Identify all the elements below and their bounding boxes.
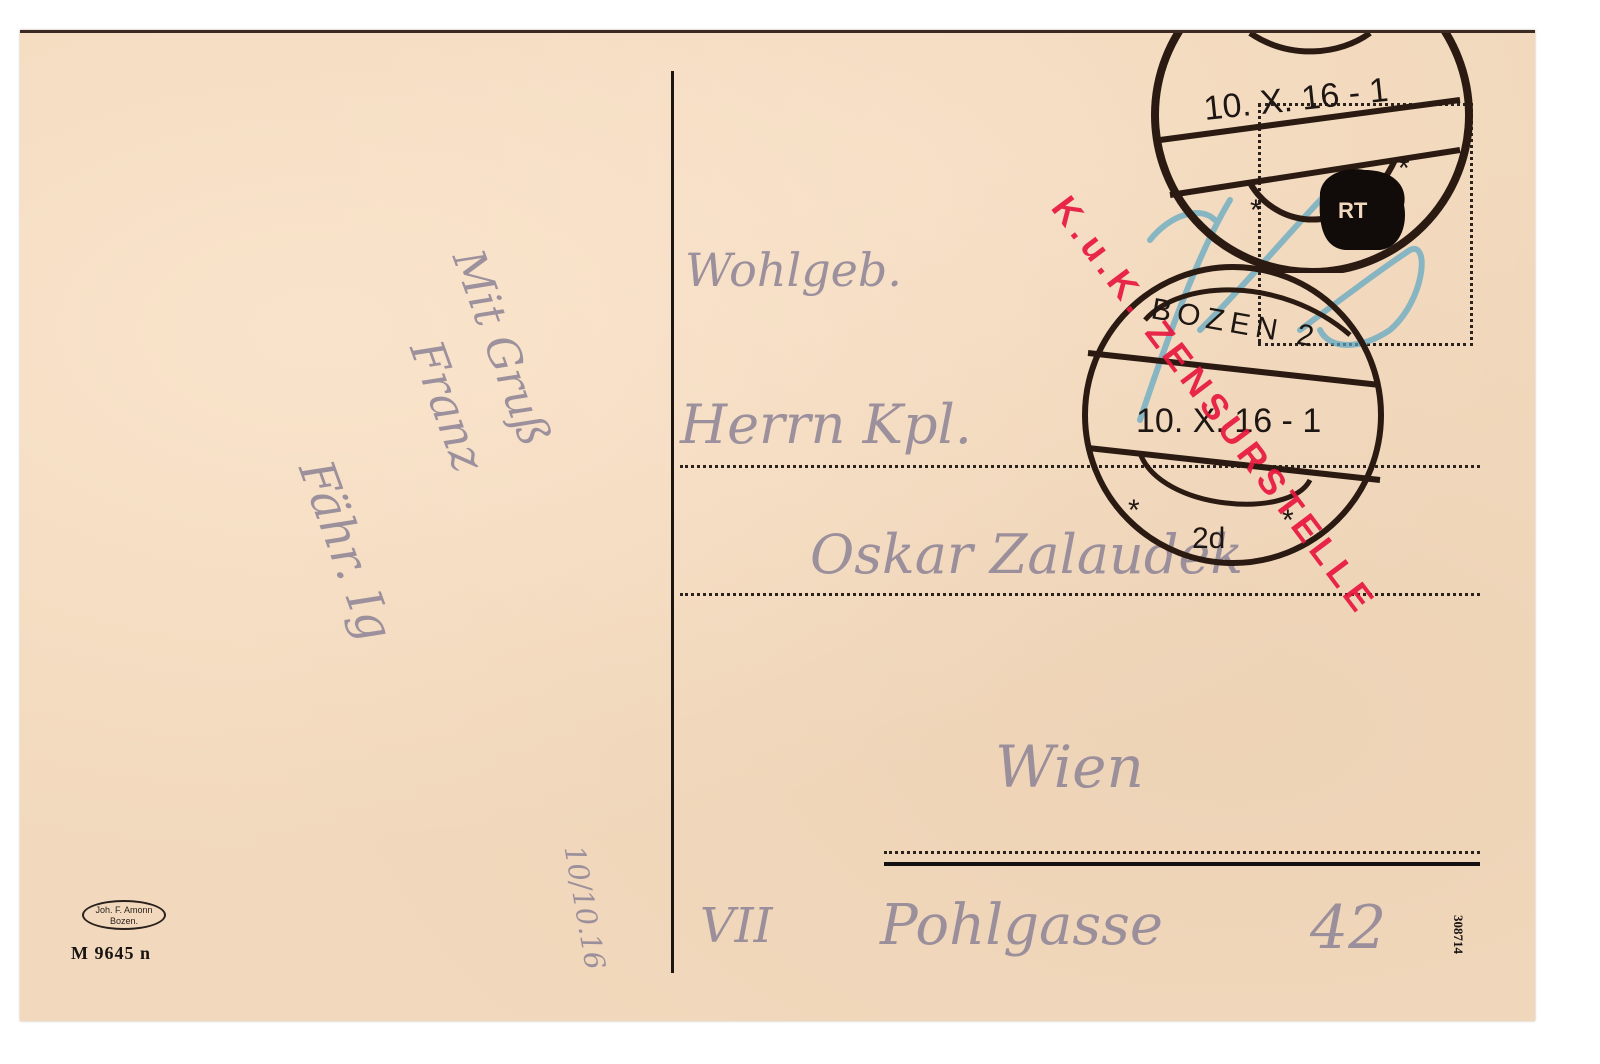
svg-text:RT: RT (1338, 198, 1368, 223)
star-icon: * (1398, 152, 1410, 185)
postmark-bottom-code: 2d (1192, 522, 1225, 555)
postmark-top: 10. X. 16 - 1 * * RT (1155, 0, 1469, 272)
crown-emblem-icon: RT (1320, 169, 1405, 250)
star-icon: * (1128, 494, 1140, 527)
censor-stamp: K.u.K. ZENSURSTELLE (1044, 188, 1386, 623)
stamp-overlay: 10. X. 16 - 1 * * RT BOZEN 2 10. X. 16 -… (0, 0, 1600, 1064)
star-icon: * (1250, 194, 1262, 227)
